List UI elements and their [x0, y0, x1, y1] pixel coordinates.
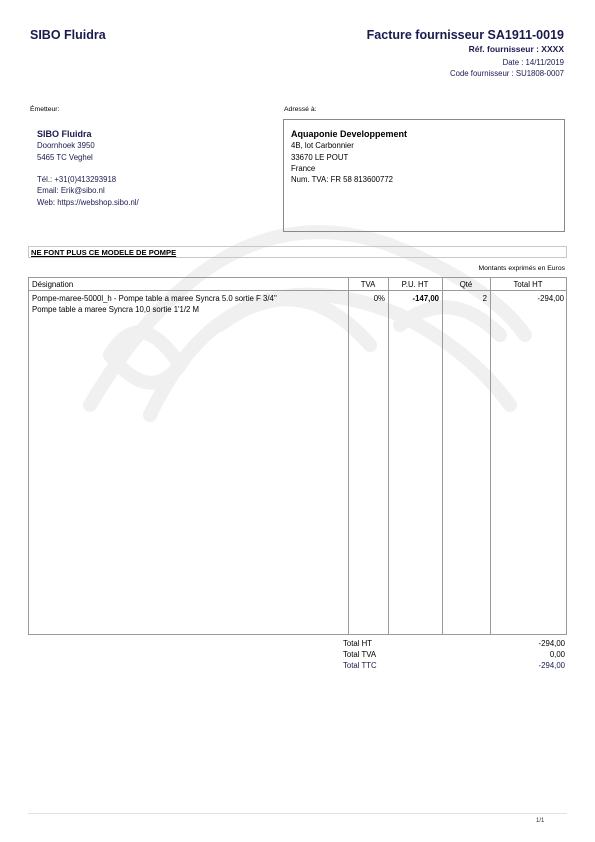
- total-tva-value: 0,00: [550, 650, 565, 659]
- column-header-unit-price: P.U. HT: [388, 280, 442, 289]
- emitter-phone: Tél.: +31(0)413293918: [37, 174, 139, 185]
- column-divider: [348, 278, 349, 634]
- total-ht-label: Total HT: [343, 639, 372, 648]
- line-tva: 0%: [348, 294, 385, 303]
- document-title: Facture fournisseur SA1911-0019: [367, 28, 564, 42]
- column-header-designation: Désignation: [32, 280, 73, 289]
- line-unit-price: -147,00: [388, 294, 439, 303]
- emitter-name: SIBO Fluidra: [37, 129, 139, 140]
- designation-line1: Pompe-maree-5000l_h - Pompe table a mare…: [32, 294, 277, 305]
- column-divider: [442, 278, 443, 634]
- company-name: SIBO Fluidra: [30, 28, 106, 42]
- emitter-web: Web: https://webshop.sibo.nl/: [37, 197, 139, 208]
- page-number: 1/1: [536, 818, 544, 824]
- emitter-address-block: SIBO Fluidra Doornhoek 3950 5465 TC Vegh…: [37, 129, 139, 208]
- recipient-name: Aquaponie Developpement: [291, 129, 407, 140]
- total-tva-label: Total TVA: [343, 650, 376, 659]
- emitter-email: Email: Erik@sibo.nl: [37, 185, 139, 196]
- line-total: -294,00: [490, 294, 564, 303]
- recipient-address-line1: 4B, lot Carbonnier: [291, 140, 407, 151]
- invoice-date: Date : 14/11/2019: [503, 58, 564, 67]
- line-qty: 2: [442, 294, 487, 303]
- emitter-address-line1: Doornhoek 3950: [37, 140, 139, 151]
- recipient-label: Adressé à:: [284, 106, 317, 113]
- footer-divider: [28, 813, 567, 814]
- column-divider: [388, 278, 389, 634]
- recipient-address-line2: 33670 LE POUT: [291, 152, 407, 163]
- column-header-tva: TVA: [348, 280, 388, 289]
- line-designation: Pompe-maree-5000l_h - Pompe table a mare…: [32, 294, 277, 315]
- supplier-code: Code fournisseur : SU1808-0007: [450, 69, 564, 78]
- column-header-total: Total HT: [490, 280, 566, 289]
- invoice-lines-table: Désignation TVA P.U. HT Qté Total HT Pom…: [28, 277, 567, 635]
- column-divider: [490, 278, 491, 634]
- supplier-ref: Réf. fournisseur : XXXX: [469, 44, 564, 54]
- total-ttc-value: -294,00: [539, 661, 565, 670]
- designation-line2: Pompe table a maree Syncra 10,0 sortie 1…: [32, 305, 277, 316]
- total-ttc-label: Total TTC: [343, 661, 377, 670]
- currency-note: Montants exprimés en Euros: [478, 265, 565, 272]
- emitter-address-line2: 5465 TC Veghel: [37, 152, 139, 163]
- emitter-label: Émetteur:: [30, 106, 59, 113]
- recipient-country: France: [291, 163, 407, 174]
- recipient-address-block: Aquaponie Developpement 4B, lot Carbonni…: [291, 129, 407, 185]
- total-ht-value: -294,00: [539, 639, 565, 648]
- column-header-qty: Qté: [442, 280, 490, 289]
- recipient-vat: Num. TVA: FR 58 813600772: [291, 174, 407, 185]
- invoice-note: NE FONT PLUS CE MODELE DE POMPE: [31, 248, 176, 257]
